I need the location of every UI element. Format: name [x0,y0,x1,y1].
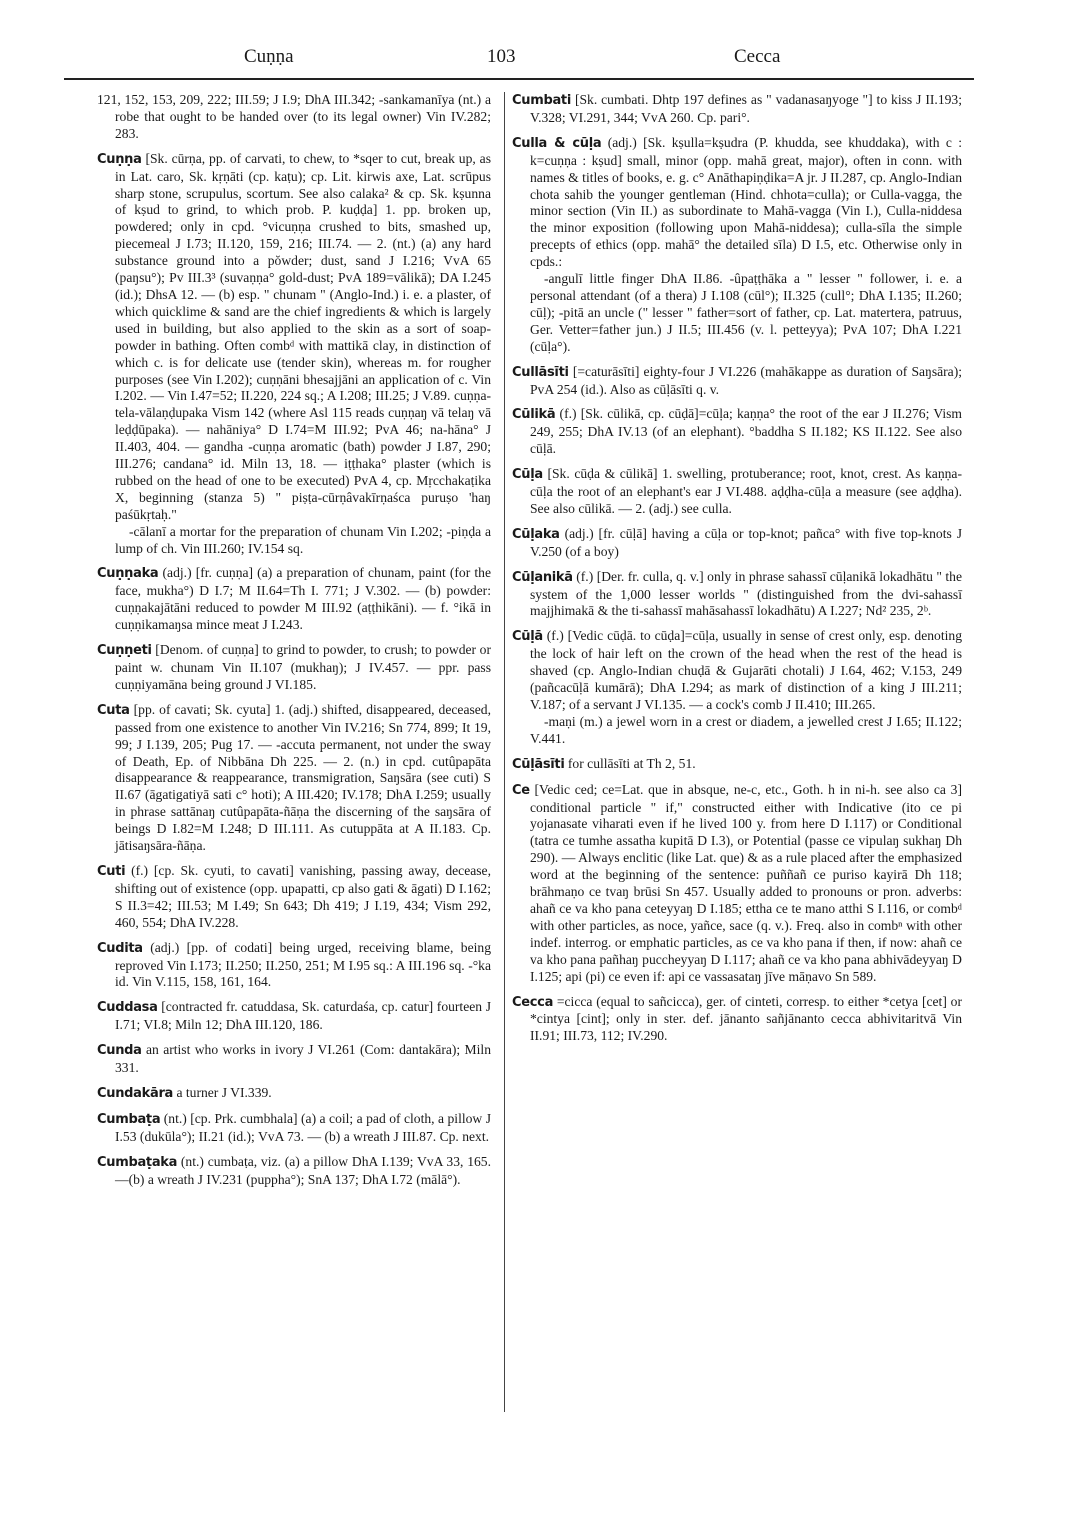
dictionary-entry: Culla & cūḷa (adj.) [Sk. kṣulla=kṣudra (… [512,135,962,356]
headword: Cūlikā [512,407,555,422]
dictionary-entry: Cūḷa [Sk. cūḍa & cūlikā] 1. swelling, pr… [512,466,962,518]
headword: Cuta [97,703,130,718]
column-divider [504,92,505,1412]
dictionary-entry: Cumbati [Sk. cumbati. Dhtp 197 defines a… [512,92,962,127]
left-column: 121, 152, 153, 209, 222; III.59; J I.9; … [97,92,491,1196]
entry-text: (adj.) [Sk. kṣulla=kṣudra (P. khudda, se… [530,135,962,269]
sub-entry: -maṇi (m.) a jewel worn in a crest or di… [530,714,962,748]
headword: Cuṇṇa [97,152,142,167]
entry-text: =cicca (equal to sañcicca), ger. of cint… [530,994,962,1044]
entry-text: 121, 152, 153, 209, 222; III.59; J I.9; … [97,92,491,141]
dictionary-entry: Cuṇṇeti [Denom. of cuṇṇa] to grind to po… [97,642,491,694]
right-guide-word: Cecca [734,46,780,68]
entry-text: [=caturāsīti] eighty-four J VI.226 (mahā… [530,364,962,397]
entry-text: (adj.) [pp. of codati] being urged, rece… [115,940,491,990]
dictionary-entry: Cecca =cicca (equal to sañcicca), ger. o… [512,994,962,1046]
headword: Cundakāra [97,1086,173,1101]
dictionary-entry: 121, 152, 153, 209, 222; III.59; J I.9; … [97,92,491,143]
dictionary-entry: Cūlikā (f.) [Sk. cūlikā, cp. cūḍā]=cūḷa;… [512,406,962,458]
headword: Cuddasa [97,1000,158,1015]
entry-text: [Sk. cūrṇa, pp. of carvati, to chew, to … [115,151,491,522]
dictionary-entry: Cudita (adj.) [pp. of codati] being urge… [97,940,491,992]
dictionary-entry: Ce [Vedic ced; ce=Lat. que in absque, ne… [512,782,962,986]
headword: Cuti [97,864,125,879]
dictionary-entry: Cūḷāsīti for cullāsīti at Th 2, 51. [512,756,962,774]
entry-text: [Vedic ced; ce=Lat. que in absque, ne-c,… [530,782,962,984]
sub-entry: -angulī little finger DhA II.86. -ûpaṭṭh… [530,271,962,356]
left-guide-word: Cuṇṇa [244,46,294,68]
dictionary-entry: Cūḷaka (adj.) [fr. cūḷā] having a cūḷa o… [512,526,962,561]
header-rule [64,78,974,80]
dictionary-entry: Cunda an artist who works in ivory J VI.… [97,1042,491,1077]
dictionary-entry: Cūḷā (f.) [Vedic cūḍā. to cūḍa]=cūḷa, us… [512,628,962,747]
dictionary-entry: Cuta [pp. of cavati; Sk. cyuta] 1. (adj.… [97,702,491,855]
headword: Culla & cūḷa [512,136,601,151]
entry-text: (adj.) [fr. cuṇṇa] (a) a preparation of … [115,565,491,632]
dictionary-entry: Cundakāra a turner J VI.339. [97,1085,491,1103]
entry-text: [Sk. cūḍa & cūlikā] 1. swelling, protube… [530,466,962,516]
dictionary-entry: Cumbaṭaka (nt.) cumbaṭa, viz. (a) a pill… [97,1154,491,1189]
page-number: 103 [487,46,516,68]
dictionary-entry: Cuti (f.) [cp. Sk. cyuti, to cavati] van… [97,863,491,932]
page-header: Cuṇṇa 103 Cecca [62,44,974,74]
headword: Cunda [97,1043,142,1058]
entry-text: [contracted fr. catuddasa, Sk. caturdaśa… [115,999,491,1032]
sub-entry: -cālanī a mortar for the preparation of … [115,524,491,558]
headword: Cecca [512,995,553,1010]
entry-text: (f.) [Der. fr. culla, q. v.] only in phr… [530,569,962,619]
dictionary-entry: Cuṇṇa [Sk. cūrṇa, pp. of carvati, to che… [97,151,491,558]
headword: Cuṇṇeti [97,643,152,658]
entry-text: [pp. of cavati; Sk. cyuta] 1. (adj.) shi… [115,702,491,853]
dictionary-entry: Cuṇṇaka (adj.) [fr. cuṇṇa] (a) a prepara… [97,565,491,634]
entry-text: (f.) [Sk. cūlikā, cp. cūḍā]=cūḷa; kaṇṇa°… [530,406,962,456]
entry-text: [Denom. of cuṇṇa] to grind to powder, to… [115,642,491,692]
dictionary-entry: Cumbaṭa (nt.) [cp. Prk. cumbhala] (a) a … [97,1111,491,1146]
headword: Cumbaṭaka [97,1155,177,1170]
headword: Cumbaṭa [97,1112,160,1127]
entry-text: (nt.) [cp. Prk. cumbhala] (a) a coil; a … [115,1111,491,1144]
headword: Cūḷā [512,629,543,644]
headword: Cūḷāsīti [512,757,565,772]
headword: Cūḷanikā [512,570,573,585]
entry-text: a turner J VI.339. [176,1085,271,1100]
headword: Cuṇṇaka [97,566,158,581]
dictionary-entry: Cullāsīti [=caturāsīti] eighty-four J VI… [512,364,962,399]
entry-text: [Sk. cumbati. Dhtp 197 defines as " vada… [530,92,962,125]
headword: Cudita [97,941,143,956]
entry-text: (f.) [Vedic cūḍā. to cūḍa]=cūḷa, usually… [530,628,962,712]
headword: Cūḷaka [512,527,560,542]
headword: Ce [512,783,530,798]
headword: Cumbati [512,93,571,108]
entry-text: an artist who works in ivory J VI.261 (C… [115,1042,491,1075]
dictionary-entry: Cuddasa [contracted fr. catuddasa, Sk. c… [97,999,491,1034]
entry-text: for cullāsīti at Th 2, 51. [568,756,696,771]
right-column: Cumbati [Sk. cumbati. Dhtp 197 defines a… [512,92,962,1053]
entry-text: (f.) [cp. Sk. cyuti, to cavati] vanishin… [115,863,491,930]
headword: Cūḷa [512,467,543,482]
dictionary-entry: Cūḷanikā (f.) [Der. fr. culla, q. v.] on… [512,569,962,621]
headword: Cullāsīti [512,365,569,380]
entry-text: (adj.) [fr. cūḷā] having a cūḷa or top-k… [530,526,962,559]
